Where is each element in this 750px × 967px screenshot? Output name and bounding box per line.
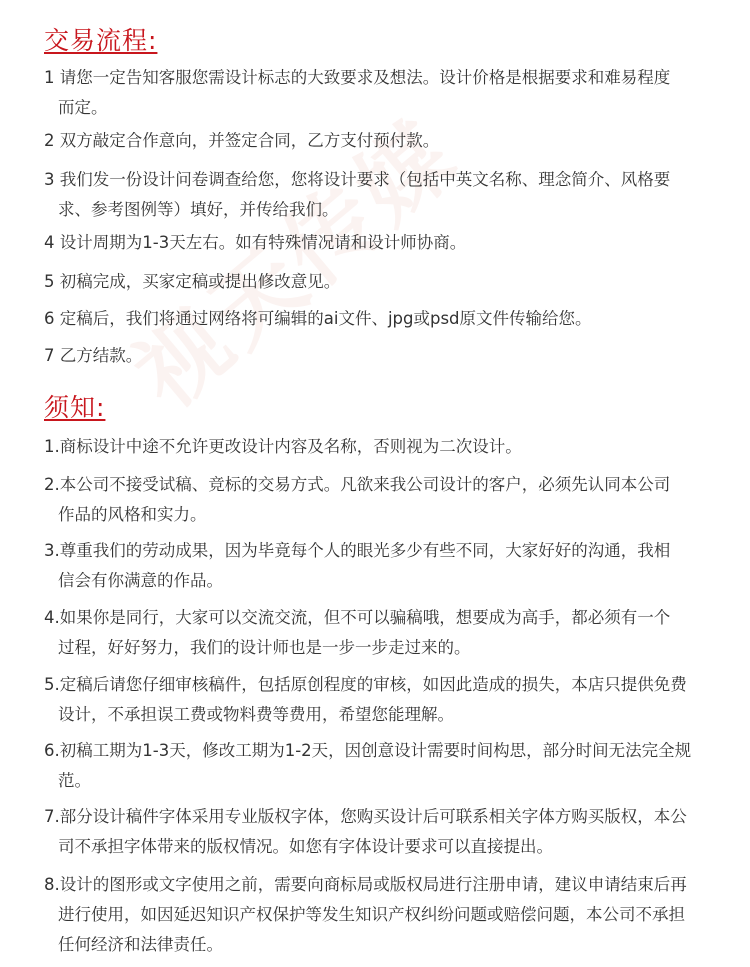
process-step-1: 1 请您一定告知客服您需设计标志的大致要求及想法。设计价格是根据要求和难易程度 … [44, 63, 720, 123]
notice-text: 定稿后请您仔细审核稿件，包括原创程度的审核，如因此造成的损失，本店只提供免费 [60, 675, 687, 694]
notice-number: 5. [44, 675, 60, 694]
notice-item-2: 2.本公司不接受试稿、竞标的交易方式。凡欲来我公司设计的客户，必须先认同本公司 … [44, 470, 720, 530]
step-text: 请您一定告知客服您需设计标志的大致要求及想法。设计价格是根据要求和难易程度 [60, 68, 671, 87]
notice-item-7: 7.部分设计稿件字体采用专业版权字体，您购买设计后可联系相关字体方购买版权，本公… [44, 802, 720, 862]
process-step-4: 4 设计周期为1-3天左右。如有特殊情况请和设计师协商。 [44, 228, 720, 258]
step-text: 定稿后，我们将通过网络将可编辑的ai文件、jpg或psd原文件传输给您。 [60, 309, 592, 328]
step-number: 1 [44, 68, 55, 87]
notice-text: 部分设计稿件字体采用专业版权字体，您购买设计后可联系相关字体方购买版权，本公 [60, 807, 687, 826]
step-number: 5 [44, 272, 55, 291]
step-number: 3 [44, 170, 55, 189]
notice-item-6: 6.初稿工期为1-3天，修改工期为1-2天，因创意设计需要时间构思，部分时间无法… [44, 736, 720, 796]
notice-number: 3. [44, 541, 60, 560]
notice-page: 视天传媒 交易流程: 1 请您一定告知客服您需设计标志的大致要求及想法。设计价格… [0, 0, 750, 967]
notice-text-cont: 任何经济和法律责任。 [44, 930, 720, 960]
notice-text: 如果你是同行，大家可以交流交流，但不可以骗稿哦，想要成为高手，都必须有一个 [60, 608, 671, 627]
step-number: 2 [44, 131, 55, 150]
step-text-cont: 而定。 [44, 93, 720, 123]
process-step-7: 7 乙方结款。 [44, 341, 720, 371]
notice-text: 商标设计中途不允许更改设计内容及名称，否则视为二次设计。 [60, 437, 522, 456]
step-text: 设计周期为1-3天左右。如有特殊情况请和设计师协商。 [60, 233, 466, 252]
notice-text: 尊重我们的劳动成果，因为毕竟每个人的眼光多少有些不同，大家好好的沟通，我相 [60, 541, 671, 560]
notice-number: 8. [44, 875, 60, 894]
step-text: 双方敲定合作意向，并签定合同，乙方支付预付款。 [60, 131, 440, 150]
step-text: 乙方结款。 [60, 346, 143, 365]
step-text: 我们发一份设计问卷调查给您，您将设计要求（包括中英文名称、理念简介、风格要 [60, 170, 671, 189]
notice-number: 7. [44, 807, 60, 826]
notice-item-3: 3.尊重我们的劳动成果，因为毕竟每个人的眼光多少有些不同，大家好好的沟通，我相 … [44, 536, 720, 596]
notice-number: 2. [44, 475, 60, 494]
notice-text-cont: 作品的风格和实力。 [44, 500, 720, 530]
notice-text-cont: 司不承担字体带来的版权情况。如您有字体设计要求可以直接提出。 [44, 832, 720, 862]
notice-number: 1. [44, 437, 60, 456]
step-number: 6 [44, 309, 55, 328]
step-text: 初稿完成，买家定稿或提出修改意见。 [60, 272, 341, 291]
process-step-5: 5 初稿完成，买家定稿或提出修改意见。 [44, 267, 720, 297]
notice-text: 本公司不接受试稿、竞标的交易方式。凡欲来我公司设计的客户，必须先认同本公司 [60, 475, 671, 494]
step-number: 4 [44, 233, 55, 252]
step-number: 7 [44, 346, 55, 365]
notice-text-cont: 进行使用，如因延迟知识产权保护等发生知识产权纠纷问题或赔偿问题，本公司不承担 [44, 900, 720, 930]
notice-item-1: 1.商标设计中途不允许更改设计内容及名称，否则视为二次设计。 [44, 432, 720, 462]
notice-number: 4. [44, 608, 60, 627]
step-text-cont: 求、参考图例等）填好，并传给我们。 [44, 195, 720, 225]
notice-item-5: 5.定稿后请您仔细审核稿件，包括原创程度的审核，如因此造成的损失，本店只提供免费… [44, 670, 720, 730]
notice-text-cont: 范。 [44, 766, 720, 796]
section-title-transaction-process: 交易流程: [44, 26, 157, 56]
notice-text-cont: 信会有你满意的作品。 [44, 566, 720, 596]
process-step-3: 3 我们发一份设计问卷调查给您，您将设计要求（包括中英文名称、理念简介、风格要 … [44, 165, 720, 225]
notice-text: 设计的图形或文字使用之前，需要向商标局或版权局进行注册申请，建议申请结束后再 [60, 875, 687, 894]
notice-number: 6. [44, 741, 60, 760]
process-step-2: 2 双方敲定合作意向，并签定合同，乙方支付预付款。 [44, 126, 720, 156]
notice-item-4: 4.如果你是同行，大家可以交流交流，但不可以骗稿哦，想要成为高手，都必须有一个 … [44, 603, 720, 663]
notice-text: 初稿工期为1-3天，修改工期为1-2天，因创意设计需要时间构思，部分时间无法完全… [60, 741, 691, 760]
notice-text-cont: 过程，好好努力，我们的设计师也是一步一步走过来的。 [44, 633, 720, 663]
section-title-notice: 须知: [44, 393, 105, 423]
process-step-6: 6 定稿后，我们将通过网络将可编辑的ai文件、jpg或psd原文件传输给您。 [44, 304, 720, 334]
notice-item-8: 8.设计的图形或文字使用之前，需要向商标局或版权局进行注册申请，建议申请结束后再… [44, 870, 720, 960]
notice-text-cont: 设计，不承担误工费或物料费等费用，希望您能理解。 [44, 700, 720, 730]
